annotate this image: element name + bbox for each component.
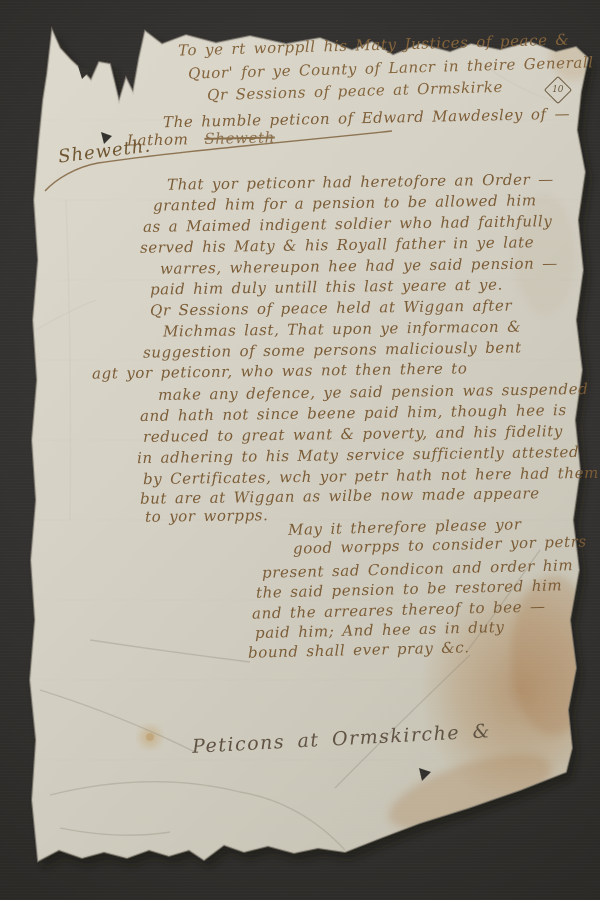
paper-sheet <box>0 0 600 900</box>
manuscript-photograph: 10 To ye rt worppll his Maty Justices of… <box>0 0 600 900</box>
folio-number: 10 <box>552 85 563 95</box>
